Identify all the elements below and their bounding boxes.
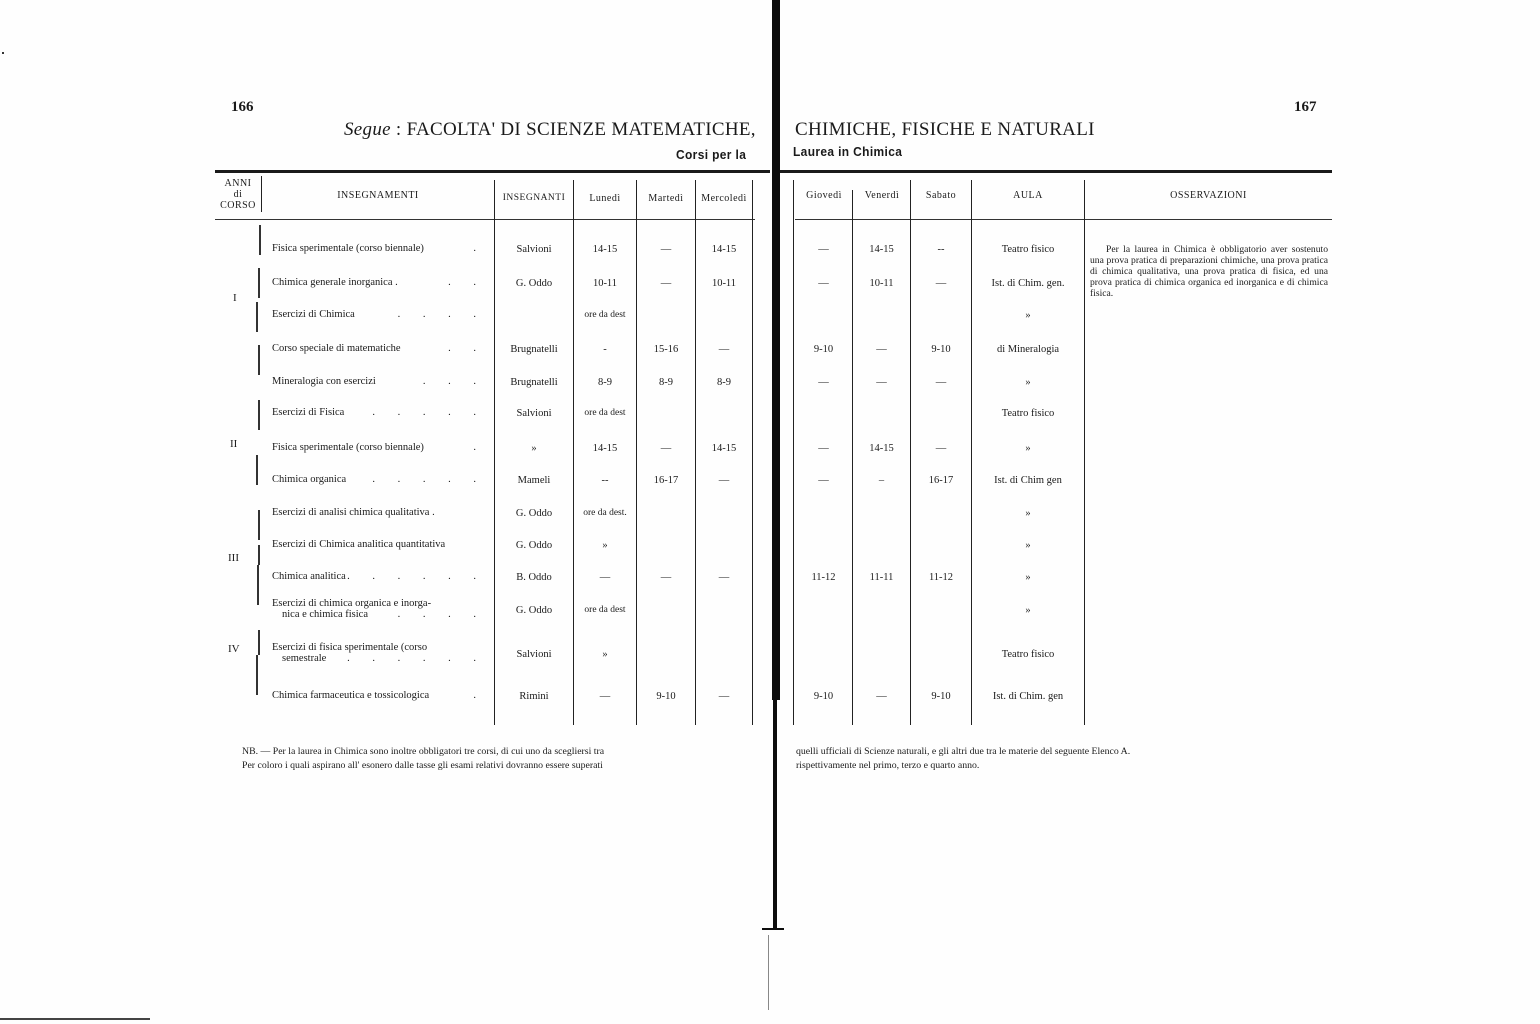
cell-teacher: B. Oddo xyxy=(495,572,573,583)
header-venerdi: Venerdì xyxy=(854,190,910,201)
cell-mar: 8-9 xyxy=(637,377,695,388)
cell-teacher: G. Oddo xyxy=(495,605,573,616)
cell-sab: — xyxy=(911,377,971,388)
cell-aula: Teatro fisico xyxy=(972,408,1084,419)
cell-gio: — xyxy=(795,475,852,486)
cell-mer: 14-15 xyxy=(696,244,752,255)
footnote-left-line-2: Per coloro i quali aspirano all' esonero… xyxy=(242,759,603,773)
cell-mar: 15-16 xyxy=(637,344,695,355)
cell-aula: Ist. di Chim. gen. xyxy=(972,278,1084,289)
right-page-number: 167 xyxy=(1294,99,1317,116)
cell-lun: ore da dest. xyxy=(574,508,636,518)
cell-mer: 14-15 xyxy=(696,443,752,454)
header-giovedi: Giovedì xyxy=(795,190,853,201)
cell-mer: — xyxy=(696,572,752,583)
cell-teacher: Salvioni xyxy=(495,649,573,660)
col-divider xyxy=(793,180,794,725)
cell-lun: » xyxy=(574,649,636,660)
col-divider xyxy=(852,190,853,725)
header-mercoledi: Mercoledì xyxy=(696,193,752,204)
cell-mer: — xyxy=(696,344,752,355)
col-divider xyxy=(752,180,753,725)
leader-dots: . xyxy=(473,690,486,701)
title-separator: : xyxy=(391,119,407,140)
year-brace xyxy=(258,345,260,375)
book-spine-lower xyxy=(773,700,777,930)
footnote-right-line-2: rispettivamente nel primo, terzo e quart… xyxy=(796,759,979,773)
footnote-left-line-1: NB. — Per la laurea in Chimica sono inol… xyxy=(242,745,604,759)
spine-tail xyxy=(768,935,769,1010)
cell-mar: 16-17 xyxy=(637,475,695,486)
cell-gio: 11-12 xyxy=(795,572,852,583)
cell-lun: » xyxy=(574,540,636,551)
header-bottom-rule-left xyxy=(215,219,755,220)
left-page-number: 166 xyxy=(231,99,254,116)
cell-gio: — xyxy=(795,244,852,255)
left-page-subtitle: Corsi per la xyxy=(676,147,746,162)
cell-ven: 11-11 xyxy=(853,572,910,583)
year-brace xyxy=(256,302,258,332)
course-name: Fisica sperimentale (corso biennale) xyxy=(272,243,484,254)
cell-teacher: Mameli xyxy=(495,475,573,486)
course-name: Fisica sperimentale (corso biennale) xyxy=(272,442,484,453)
cell-lun: — xyxy=(574,572,636,583)
cell-sab: — xyxy=(911,278,971,289)
cell-lun: 14-15 xyxy=(574,443,636,454)
leader-dots: . . xyxy=(448,343,486,354)
header-martedi: Martedì xyxy=(637,193,695,204)
leader-dots: . . . . . . xyxy=(347,653,486,664)
cell-teacher: Salvioni xyxy=(495,408,573,419)
col-divider xyxy=(261,176,262,212)
leader-dots: . . . xyxy=(423,376,486,387)
cell-aula: Teatro fisico xyxy=(972,649,1084,660)
right-page-subtitle: Laurea in Chimica xyxy=(793,144,902,159)
cell-lun: 14-15 xyxy=(574,244,636,255)
cell-ven: — xyxy=(853,377,910,388)
cell-aula: » xyxy=(972,508,1084,519)
header-aula: AULA xyxy=(972,190,1084,201)
footnote-right-line-1: quelli ufficiali di Scienze naturali, e … xyxy=(796,745,1130,759)
year-brace xyxy=(258,268,260,298)
cell-aula: » xyxy=(972,605,1084,616)
year-brace xyxy=(258,630,260,655)
cell-teacher: G. Oddo xyxy=(495,278,573,289)
cell-lun: 10-11 xyxy=(574,278,636,289)
leader-dots: . . . . . xyxy=(372,407,486,418)
cell-teacher: G. Oddo xyxy=(495,540,573,551)
header-lunedi: Lunedì xyxy=(574,193,636,204)
cell-teacher: Brugnatelli xyxy=(495,377,573,388)
book-spine xyxy=(772,0,780,700)
year-brace xyxy=(256,455,258,485)
cell-aula: Ist. di Chim gen xyxy=(972,475,1084,486)
cell-sab: -- xyxy=(911,244,971,255)
cell-mer: — xyxy=(696,475,752,486)
course-name: Esercizi di Chimica analitica quantitati… xyxy=(272,539,484,550)
cell-mer: — xyxy=(696,691,752,702)
year-brace xyxy=(257,565,259,605)
header-anni-di-corso: ANNI di CORSO xyxy=(215,178,261,211)
header-sabato: Sabato xyxy=(911,190,971,201)
cell-lun: ore da dest xyxy=(574,310,636,320)
scan-dot xyxy=(2,52,4,54)
header-osservazioni: OSSERVAZIONI xyxy=(1085,190,1332,201)
cell-teacher: G. Oddo xyxy=(495,508,573,519)
year-brace xyxy=(259,225,261,255)
cell-gio: 9-10 xyxy=(795,691,852,702)
cell-sab: 16-17 xyxy=(911,475,971,486)
cell-gio: — xyxy=(795,377,852,388)
cell-aula: Teatro fisico xyxy=(972,244,1084,255)
cell-ven: — xyxy=(853,344,910,355)
course-name: Esercizi di analisi chimica qualitativa … xyxy=(272,507,484,518)
leader-dots: . xyxy=(473,442,486,453)
cell-sab: 9-10 xyxy=(911,691,971,702)
col-divider xyxy=(1084,180,1085,725)
cell-mar: — xyxy=(637,244,695,255)
cell-sab: 9-10 xyxy=(911,344,971,355)
spine-mark xyxy=(762,928,784,930)
cell-ven: 14-15 xyxy=(853,443,910,454)
course-name: Chimica farmaceutica e tossicologica xyxy=(272,690,484,701)
cell-gio: — xyxy=(795,443,852,454)
year-label-IV: IV xyxy=(228,643,240,655)
cell-aula: » xyxy=(972,540,1084,551)
cell-ven: 10-11 xyxy=(853,278,910,289)
osservazioni-note: Per la laurea in Chimica è obbligatorio … xyxy=(1090,244,1328,299)
cell-aula: » xyxy=(972,377,1084,388)
table-top-rule-left xyxy=(215,170,770,173)
cell-ven: 14-15 xyxy=(853,244,910,255)
cell-teacher: Salvioni xyxy=(495,244,573,255)
cell-sab: — xyxy=(911,443,971,454)
cell-lun: -- xyxy=(574,475,636,486)
cell-mar: — xyxy=(637,443,695,454)
header-bottom-rule-right xyxy=(795,219,1332,220)
cell-gio: — xyxy=(795,278,852,289)
cell-lun: — xyxy=(574,691,636,702)
leader-dots: . . . . xyxy=(398,309,486,320)
cell-mer: 8-9 xyxy=(696,377,752,388)
table-top-rule-right xyxy=(780,170,1332,173)
cell-aula: » xyxy=(972,443,1084,454)
cell-mer: 10-11 xyxy=(696,278,752,289)
cell-aula: di Mineralogia xyxy=(972,344,1084,355)
leader-dots: . . . . . . xyxy=(347,571,486,582)
cell-aula: Ist. di Chim. gen xyxy=(972,691,1084,702)
cell-ven: – xyxy=(853,475,910,486)
header-insegnanti: INSEGNANTI xyxy=(495,193,573,204)
cell-ven: — xyxy=(853,691,910,702)
left-page-title: Segue : FACOLTA' DI SCIENZE MATEMATICHE, xyxy=(344,119,756,141)
leader-dots: . . . . xyxy=(398,609,486,620)
scan-edge-mark xyxy=(0,1018,150,1020)
year-label-I: I xyxy=(233,292,237,304)
year-brace xyxy=(256,655,258,695)
header-insegnamenti: INSEGNAMENTI xyxy=(262,190,494,201)
year-label-III: III xyxy=(228,552,239,564)
year-label-II: II xyxy=(230,438,237,450)
cell-lun: 8-9 xyxy=(574,377,636,388)
leader-dots: . xyxy=(473,243,486,254)
title-text: FACOLTA' DI SCIENZE MATEMATICHE, xyxy=(407,119,756,140)
cell-teacher: Rimini xyxy=(495,691,573,702)
year-brace xyxy=(258,510,260,540)
leader-dots: . . . . . xyxy=(372,474,486,485)
title-prefix: Segue xyxy=(344,119,391,140)
cell-teacher: » xyxy=(495,443,573,454)
cell-gio: 9-10 xyxy=(795,344,852,355)
cell-mar: — xyxy=(637,278,695,289)
cell-teacher: Brugnatelli xyxy=(495,344,573,355)
year-brace xyxy=(258,545,260,565)
cell-mar: 9-10 xyxy=(637,691,695,702)
cell-mar: — xyxy=(637,572,695,583)
cell-lun: ore da dest xyxy=(574,408,636,418)
right-page-title: CHIMICHE, FISICHE E NATURALI xyxy=(795,119,1095,141)
year-brace xyxy=(258,400,260,430)
cell-aula: » xyxy=(972,572,1084,583)
cell-lun: - xyxy=(574,344,636,355)
leader-dots: . . xyxy=(448,277,486,288)
cell-aula: » xyxy=(972,310,1084,321)
cell-lun: ore da dest xyxy=(574,605,636,615)
cell-sab: 11-12 xyxy=(911,572,971,583)
